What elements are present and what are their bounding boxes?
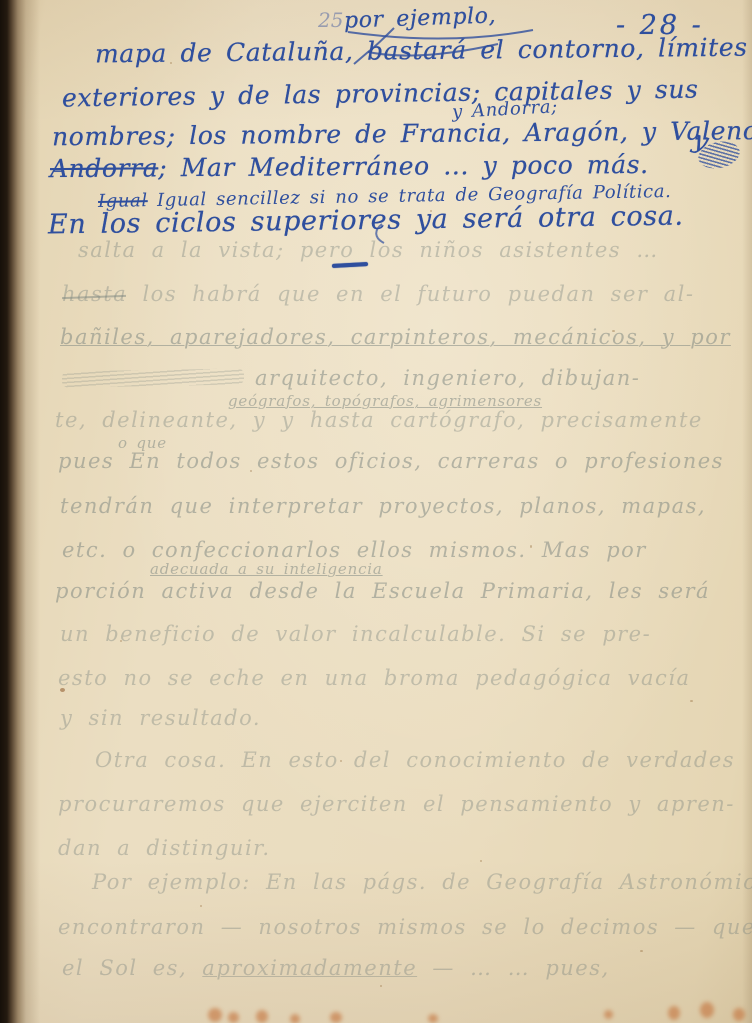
manuscript-page: 25 por ejemplo, - 28 - mapa de Cataluña,… [0, 0, 752, 1023]
pencil-line: encontraron — nosotros mismos se lo deci… [58, 915, 752, 939]
pencil-line: y sin resultado. [60, 706, 261, 730]
pencil-line: tendrán que interpretar proyectos, plano… [60, 494, 706, 518]
pencil-line: un beneficio de valor incalculable. Si s… [60, 622, 651, 646]
pencil-insertion-adecuada: adecuada a su inteligencia [150, 560, 383, 578]
pencil-line: porción activa desde la Escuela Primaria… [55, 579, 710, 603]
pencil-line: pues En todos estos oficios, carreras o … [58, 449, 724, 473]
pencil-line: salta a la vista; pero los niños asisten… [78, 238, 659, 262]
pencil-crossed-out-words [62, 368, 244, 387]
struck-word-andorra: Andorra [50, 153, 158, 183]
pencil-line: etc. o confeccionarlos ellos mismos. Mas… [62, 538, 647, 562]
pencil-line: bañiles, aparejadores, carpinteros, mecá… [60, 325, 731, 349]
pencil-line: Otra cosa. En esto del conocimiento de v… [95, 748, 735, 772]
ink-line-2: exteriores y de las provincias; capitale… [62, 75, 699, 113]
pencil-line: Por ejemplo: En las págs. de Geografía A… [92, 870, 752, 894]
pencil-line: esto no se eche en una broma pedagógica … [58, 666, 691, 690]
ink-dash-mark [332, 262, 368, 268]
ink-line-1: mapa de Cataluña, bastará el contorno, l… [95, 33, 748, 69]
pencil-line-sol: el Sol es, aproximadamente — … … pues, [62, 956, 610, 980]
pencil-line: te, delineante, y y hasta cartógrafo, pr… [55, 408, 703, 432]
book-binding-edge [0, 0, 40, 1023]
pencil-line: procuraremos que ejerciten el pensamient… [58, 792, 735, 816]
pencil-sol-post: — … … pues, [417, 956, 610, 980]
ink-line-4-rest: ; Mar Mediterráneo ... y poco más. [158, 150, 649, 182]
pencil-line: hasta los habrá que en el futuro puedan … [62, 282, 694, 306]
pencil-line: dan a distinguir. [58, 836, 271, 860]
pencil-sol-underlined: aproximadamente [202, 956, 417, 980]
pencil-line: arquitecto, ingeniero, dibujan- [255, 366, 640, 390]
ink-line-4: Andorra; Mar Mediterráneo ... y poco más… [50, 150, 649, 183]
ink-line-3: nombres; los nombre de Francia, Aragón, … [52, 116, 752, 151]
pencil-sol-pre: el Sol es, [62, 956, 202, 980]
